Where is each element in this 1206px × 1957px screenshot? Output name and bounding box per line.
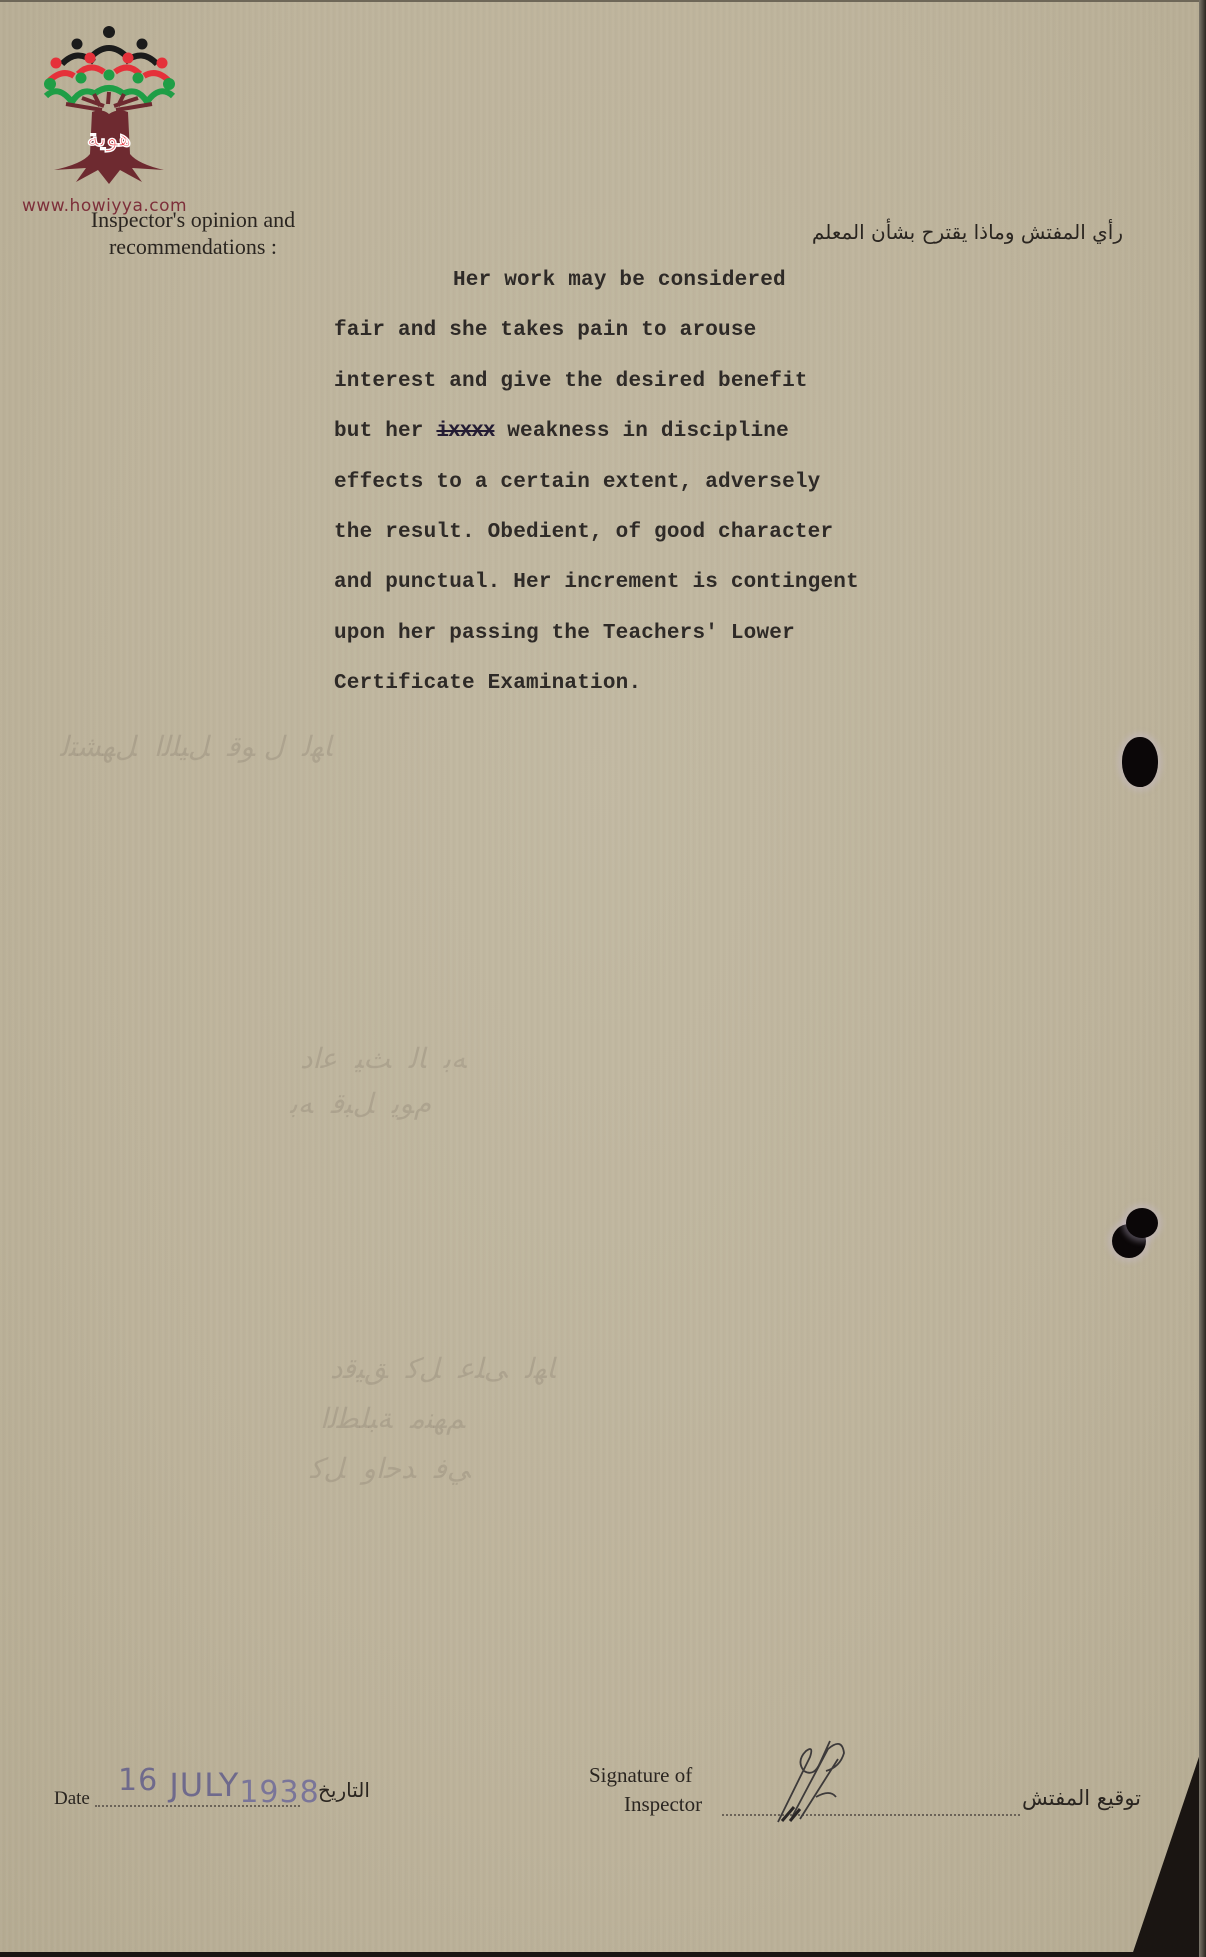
typed-line: Her work may be considered — [334, 264, 974, 314]
date-label-arabic: التاريخ — [318, 1778, 370, 1802]
typed-line: and punctual. Her increment is contingen… — [334, 566, 974, 616]
date-label: Date — [54, 1788, 90, 1810]
date-stamp: 16 JULY1938 — [118, 1766, 320, 1804]
inspector-opinion-label: Inspector's opinion and recommendations … — [62, 206, 324, 260]
typed-line: interest and give the desired benefit — [334, 365, 974, 415]
bleed-through-marks: ﻡﻮﻳ ﻞﺒﻗ ﻪﺑ — [290, 1087, 431, 1120]
signature-label-arabic: توقيع المفتش — [1022, 1786, 1141, 1810]
date-stamp-year: 1938 — [239, 1775, 319, 1810]
typed-line: the result. Obedient, of good character — [334, 516, 974, 566]
document-page: هوية www.howiyya.com Inspector's opinion… — [0, 0, 1199, 1952]
bleed-through-marks: ﻪﺑ ﺎﻟ ﺚﻴ ﻋﺍﺩ — [300, 1042, 466, 1075]
howiyya-tree-logo-icon: هوية — [42, 24, 177, 199]
inspector-signature-icon — [770, 1737, 865, 1827]
svg-text:هوية: هوية — [87, 123, 132, 153]
signature-dotted-line — [722, 1814, 1020, 1816]
label-line-2: recommendations : — [62, 233, 324, 260]
typed-line: but her ixxxx weakness in discipline — [334, 415, 974, 465]
typed-recommendation: Her work may be considered fair and she … — [334, 264, 974, 718]
bleed-through-marks: ﺎﻬﻟ ﻝ ﻮﻗ ﻞﻴﻠﻟﺍ ﻞﻬﺸﺘﻟ — [60, 730, 332, 763]
bleed-through-marks: ﺎﻬﻟ ﻰﻠﻋ ﻞﻛ ﻖﻴﻗﺩ — [330, 1352, 555, 1385]
struck-out-word: ixxxx — [436, 420, 494, 443]
typed-line: Certificate Examination. — [334, 667, 974, 717]
page-edge-shadow — [1199, 0, 1206, 1957]
date-stamp-day: 16 — [118, 1763, 158, 1798]
label-line-1: Inspector's opinion and — [62, 206, 324, 233]
bleed-through-marks: ﻲﻓ ﺪﺣﺍﻭ ﻞﻛ — [310, 1452, 470, 1485]
date-stamp-month: JULY — [169, 1766, 239, 1804]
inspector-opinion-label-arabic: رأي المفتش وماذا يقترح بشأن المعلم — [812, 220, 1123, 244]
bleed-through-marks: ﻢﻬﻨﻣ ﺔﺒﻠﻄﻟﺍ — [320, 1402, 465, 1435]
signature-label-line-1: Signature of — [589, 1763, 692, 1788]
typed-line: upon her passing the Teachers' Lower — [334, 617, 974, 667]
typed-line: effects to a certain extent, adversely — [334, 466, 974, 516]
punch-hole — [1122, 737, 1158, 787]
typed-line: fair and she takes pain to arouse — [334, 314, 974, 364]
signature-label-line-2: Inspector — [624, 1792, 702, 1817]
punch-hole — [1126, 1208, 1158, 1238]
